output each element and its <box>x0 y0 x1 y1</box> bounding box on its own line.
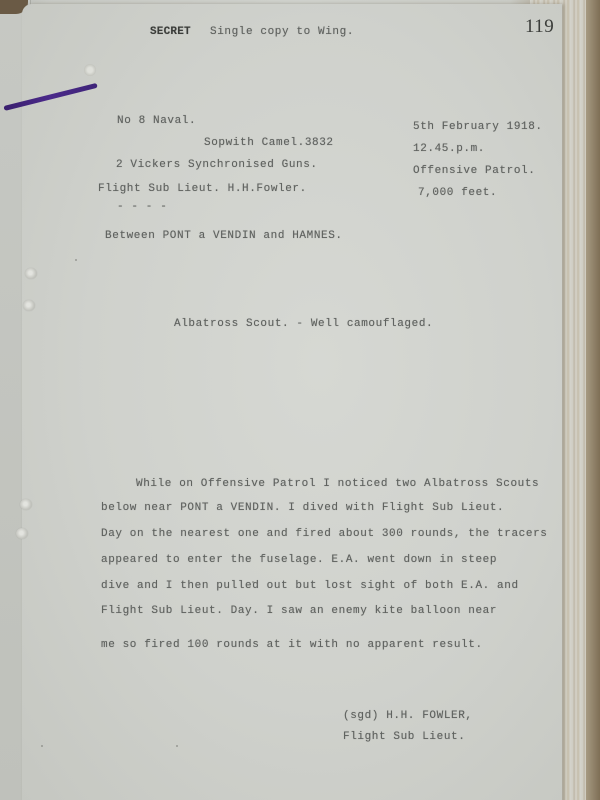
duty: Offensive Patrol. <box>413 165 535 177</box>
narrative-line: While on Offensive Patrol I noticed two … <box>136 478 539 490</box>
armament: 2 Vickers Synchronised Guns. <box>116 159 318 171</box>
string-knot <box>84 64 96 76</box>
unit: No 8 Naval. <box>117 115 196 127</box>
aircraft: Sopwith Camel.3832 <box>204 137 334 149</box>
page-number: 119 <box>525 16 554 38</box>
report-page: SECRET Single copy to Wing. 119 No 8 Nav… <box>22 4 562 800</box>
punch-hole <box>23 300 35 311</box>
enemy-aircraft-description: Albatross Scout. - Well camouflaged. <box>174 318 433 330</box>
height: 7,000 feet. <box>418 187 497 199</box>
signature-rank: Flight Sub Lieut. <box>343 731 465 743</box>
date: 5th February 1918. <box>413 121 543 133</box>
paper-speck <box>75 259 77 261</box>
struck-classification: SECRET <box>150 26 191 38</box>
narrative-line: appeared to enter the fuselage. E.A. wen… <box>101 554 497 566</box>
pilot: Flight Sub Lieut. H.H.Fowler. <box>98 183 307 195</box>
paper-speck <box>41 745 43 747</box>
distribution-note: Single copy to Wing. <box>210 26 354 38</box>
punch-hole <box>16 528 28 539</box>
punch-hole <box>20 499 32 510</box>
narrative-line: me so fired 100 rounds at it with no app… <box>101 639 483 651</box>
narrative-line: below near PONT a VENDIN. I dived with F… <box>101 502 504 514</box>
separator: - - - - <box>117 201 167 213</box>
paper-speck <box>252 581 254 583</box>
locality: Between PONT a VENDIN and HAMNES. <box>105 230 343 242</box>
signature-name: (sgd) H.H. FOWLER, <box>343 710 473 722</box>
narrative-line: Flight Sub Lieut. Day. I saw an enemy ki… <box>101 605 497 617</box>
paper-speck <box>176 745 178 747</box>
narrative-line: dive and I then pulled out but lost sigh… <box>101 580 519 592</box>
scanned-document-photo: SECRET Single copy to Wing. 119 No 8 Nav… <box>0 0 600 800</box>
narrative-line: Day on the nearest one and fired about 3… <box>101 528 547 540</box>
time: 12.45.p.m. <box>413 143 485 155</box>
punch-hole <box>25 268 37 279</box>
